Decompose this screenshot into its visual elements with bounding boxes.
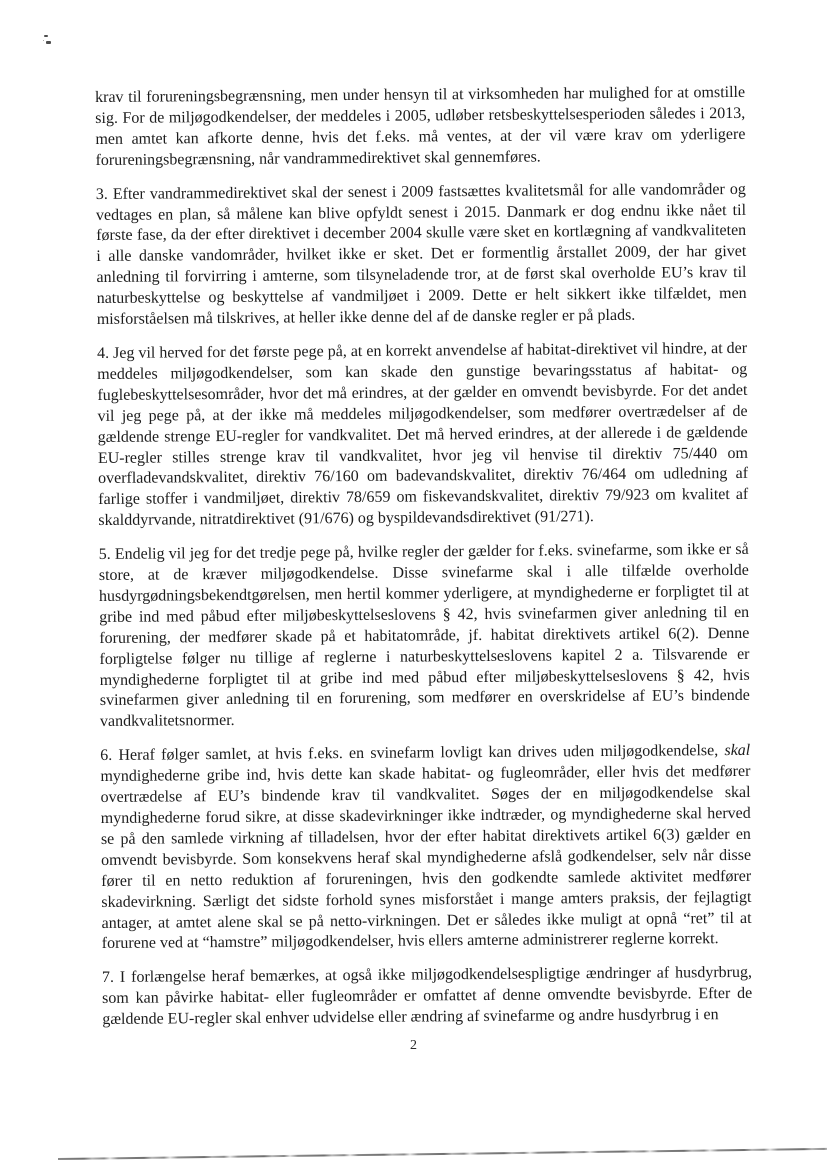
paragraph-6-text-pre: 6. Heraf følger samlet, at hvis f.eks. e… — [100, 742, 724, 764]
paragraph-2-continuation: krav til forureningsbegrænsning, men und… — [95, 83, 746, 172]
paragraph-6-text-post: myndighederne gribe ind, hvis dette kan … — [100, 763, 751, 952]
paragraph-6: 6. Heraf følger samlet, at hvis f.eks. e… — [100, 741, 752, 955]
scan-speck-artifact — [46, 41, 51, 44]
scan-speck-artifact — [43, 40, 44, 41]
page-number: 2 — [0, 1038, 827, 1054]
page-body: krav til forureningsbegrænsning, men und… — [95, 83, 752, 1044]
document-page: krav til forureningsbegrænsning, men und… — [0, 0, 827, 1169]
paragraph-6-emphasis-skal: skal — [724, 742, 750, 759]
paragraph-7: 7. I forlængelse heraf bemærkes, at også… — [102, 963, 752, 1031]
scan-edge-artifact — [58, 1148, 827, 1160]
paragraph-5: 5. Endelig vil jeg for det tredje pege p… — [99, 540, 750, 733]
paragraph-4: 4. Jeg vil herved for det første pege på… — [97, 339, 748, 532]
scan-speck-artifact — [44, 35, 48, 37]
paragraph-3: 3. Efter vandrammedirektivet skal der se… — [96, 180, 747, 331]
